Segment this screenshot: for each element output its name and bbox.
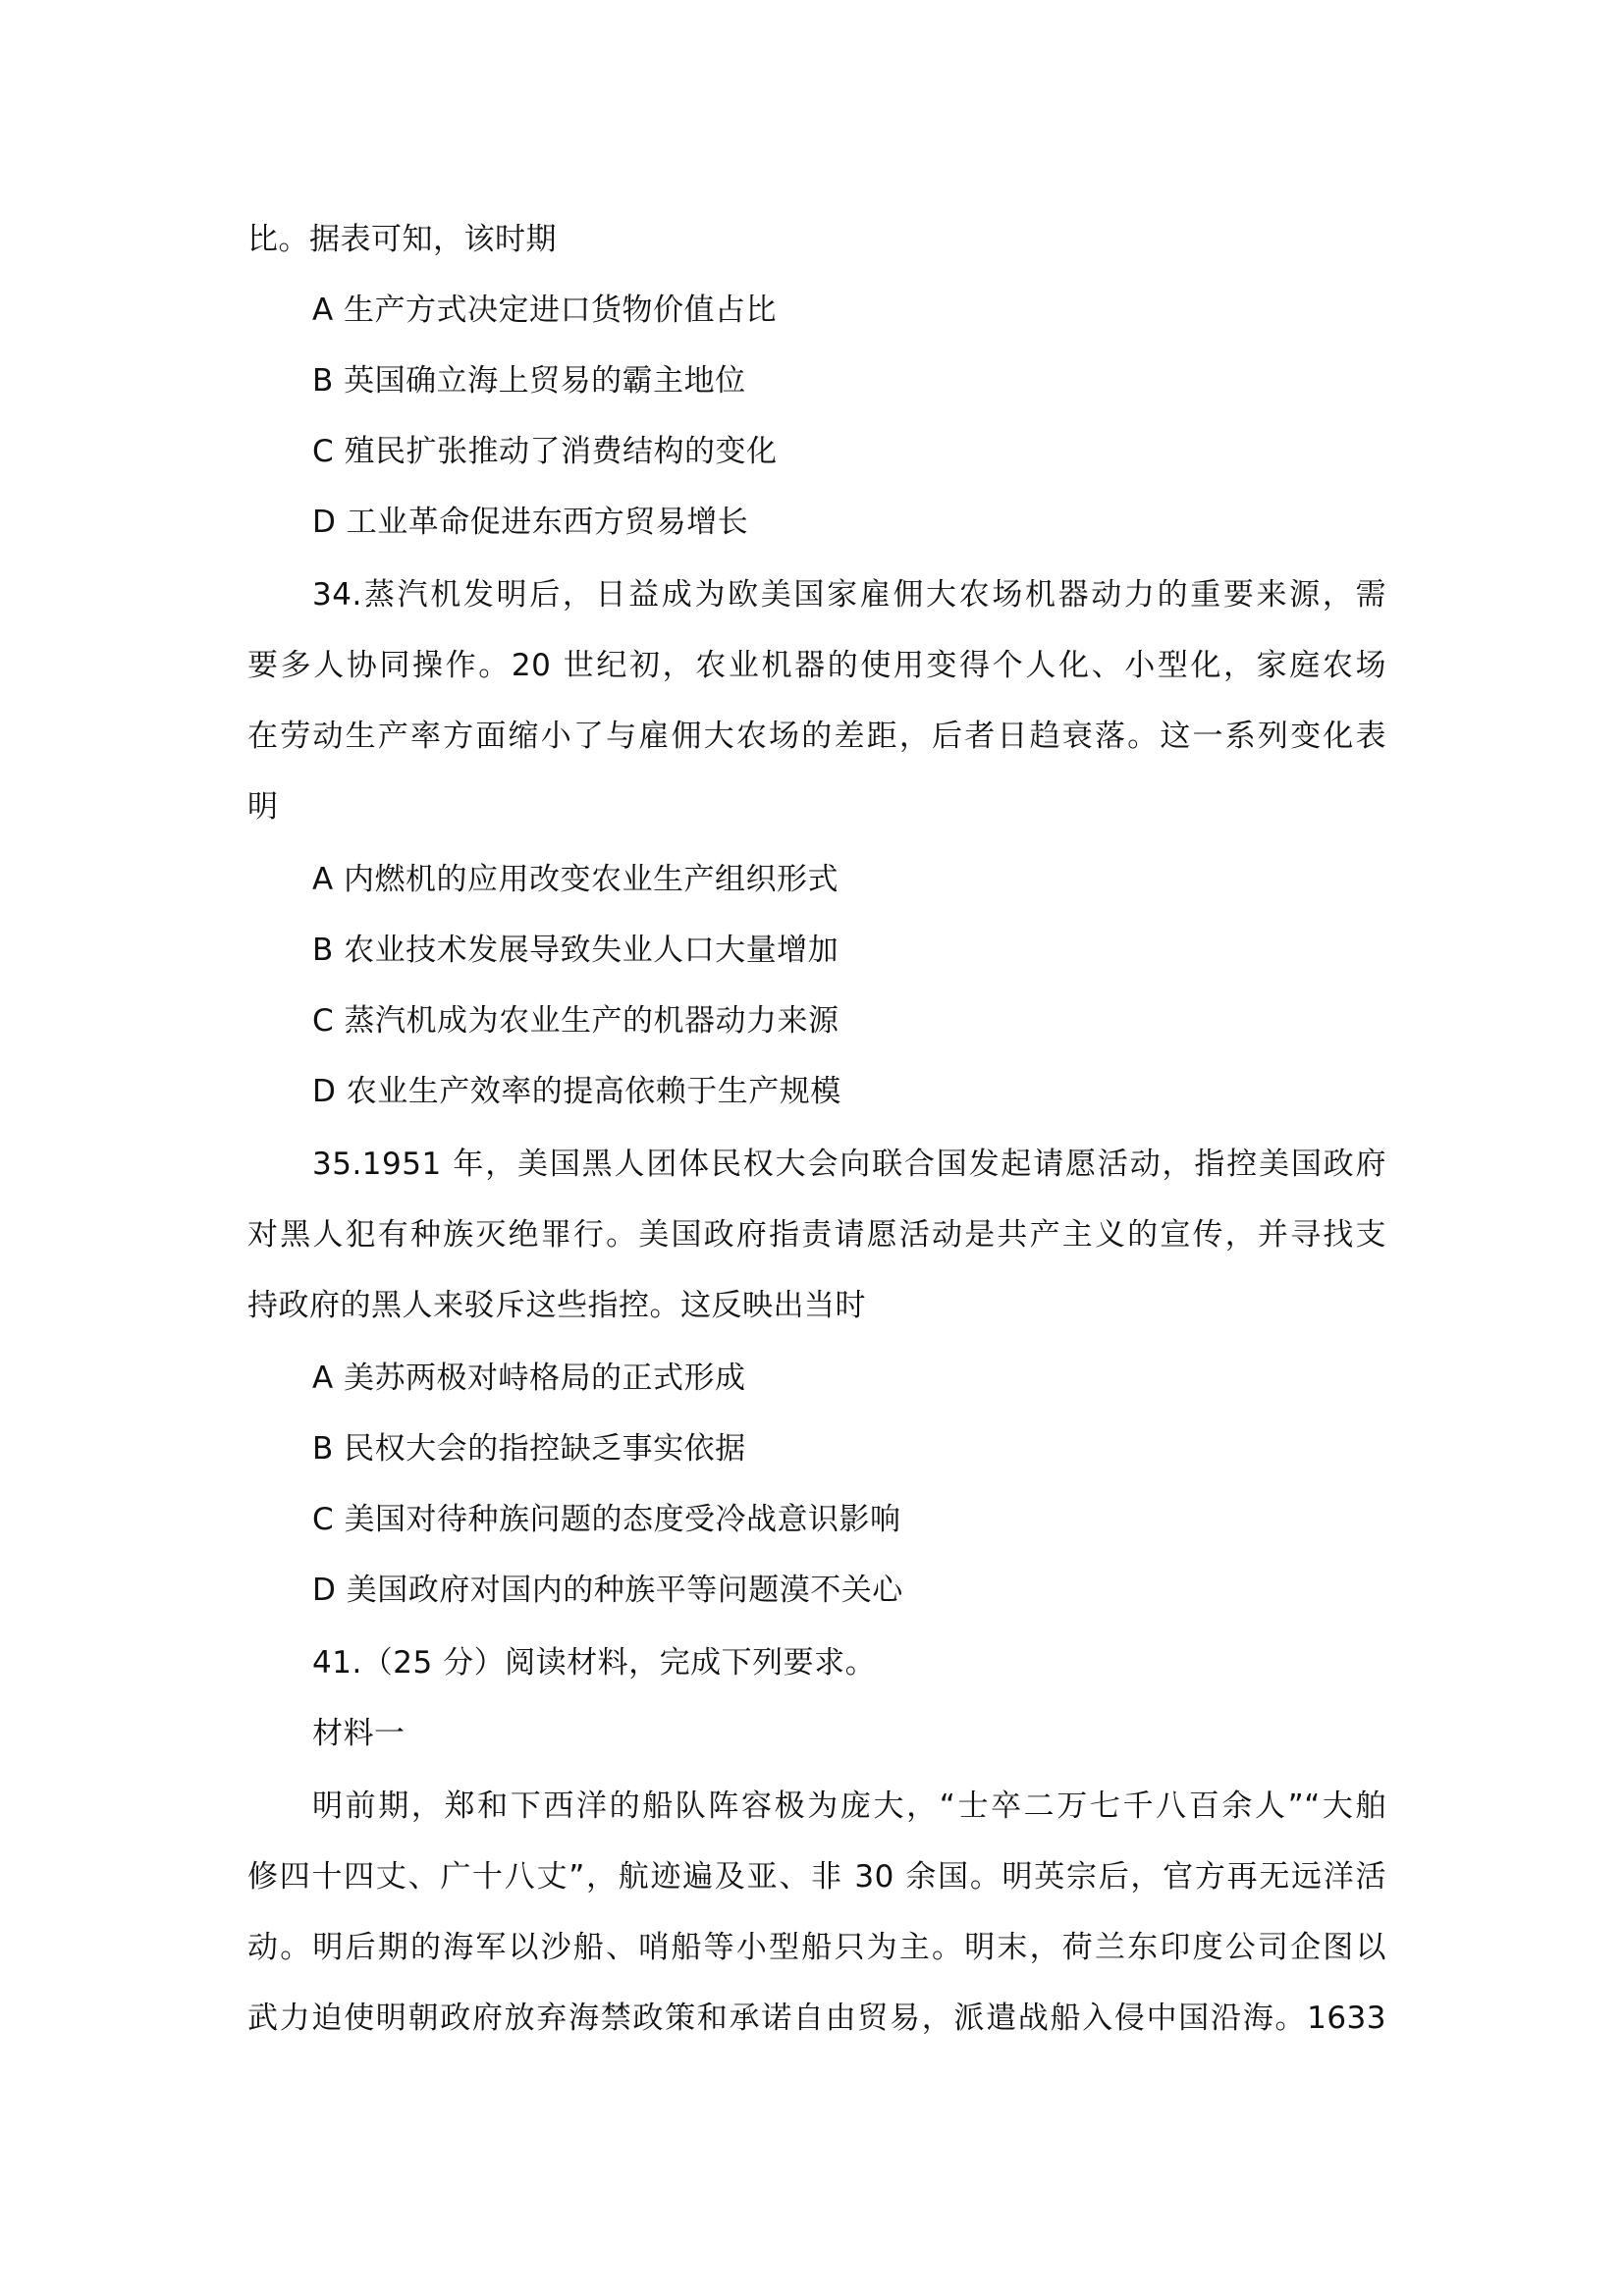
q41-material-label: 材料一 [312,1714,406,1753]
q34-option-a: A 内燃机的应用改变农业生产组织形式 [312,860,839,899]
q35-option-d: D 美国政府对国内的种族平等问题漠不关心 [312,1571,903,1610]
q35-stem-line-1: 35.1951 年，美国黑人团体民权大会向联合国发起请愿活动，指控美国政府 [312,1145,1386,1184]
q33-option-b: B 英国确立海上贸易的霸主地位 [312,361,746,400]
q35-option-b: B 民权大会的指控缺乏事实依据 [312,1429,746,1468]
q34-option-c: C 蒸汽机成为农业生产的机器动力来源 [312,1001,839,1041]
q33-stem-tail: 比。据表可知，该时期 [247,220,557,259]
q41-material-line-1: 明前期，郑和下西洋的船队阵容极为庞大，“士卒二万七千八百余人”“大舶 [312,1787,1386,1826]
q41-material-line-2: 修四十四丈、广十八丈”，航迹遍及亚、非 30 余国。明英宗后，官方再无远洋活 [247,1857,1386,1896]
q33-option-a: A 生产方式决定进口货物价值占比 [312,291,777,330]
q34-stem-line-4: 明 [247,787,279,827]
q33-option-d: D 工业革命促进东西方贸易增长 [312,503,748,542]
q35-option-a: A 美苏两极对峙格局的正式形成 [312,1359,746,1398]
document-page: 比。据表可知，该时期 A 生产方式决定进口货物价值占比 B 英国确立海上贸易的霸… [0,0,1624,2296]
q35-stem-line-2: 对黑人犯有种族灭绝罪行。美国政府指责请愿活动是共产主义的宣传，并寻找支 [247,1215,1386,1255]
q33-option-c: C 殖民扩张推动了消费结构的变化 [312,432,778,471]
q34-stem-line-3: 在劳动生产率方面缩小了与雇佣大农场的差距，后者日趋衰落。这一系列变化表 [247,717,1386,756]
q34-option-b: B 农业技术发展导致失业人口大量增加 [312,931,839,970]
q41-header: 41.（25 分）阅读材料，完成下列要求。 [312,1643,876,1682]
q35-stem-line-3: 持政府的黑人来驳斥这些指控。这反映出当时 [247,1286,866,1325]
q34-stem-line-2: 要多人协同操作。20 世纪初，农业机器的使用变得个人化、小型化，家庭农场 [247,646,1386,685]
q34-stem-line-1: 34.蒸汽机发明后，日益成为欧美国家雇佣大农场机器动力的重要来源，需 [312,575,1386,614]
q41-material-line-4: 武力迫使明朝政府放弃海禁政策和承诺自由贸易，派遣战船入侵中国沿海。1633 [247,1999,1386,2038]
q41-material-line-3: 动。明后期的海军以沙船、哨船等小型船只为主。明末，荷兰东印度公司企图以 [247,1928,1386,1967]
q34-option-d: D 农业生产效率的提高依赖于生产规模 [312,1072,841,1111]
q35-option-c: C 美国对待种族问题的态度受冷战意识影响 [312,1500,901,1539]
